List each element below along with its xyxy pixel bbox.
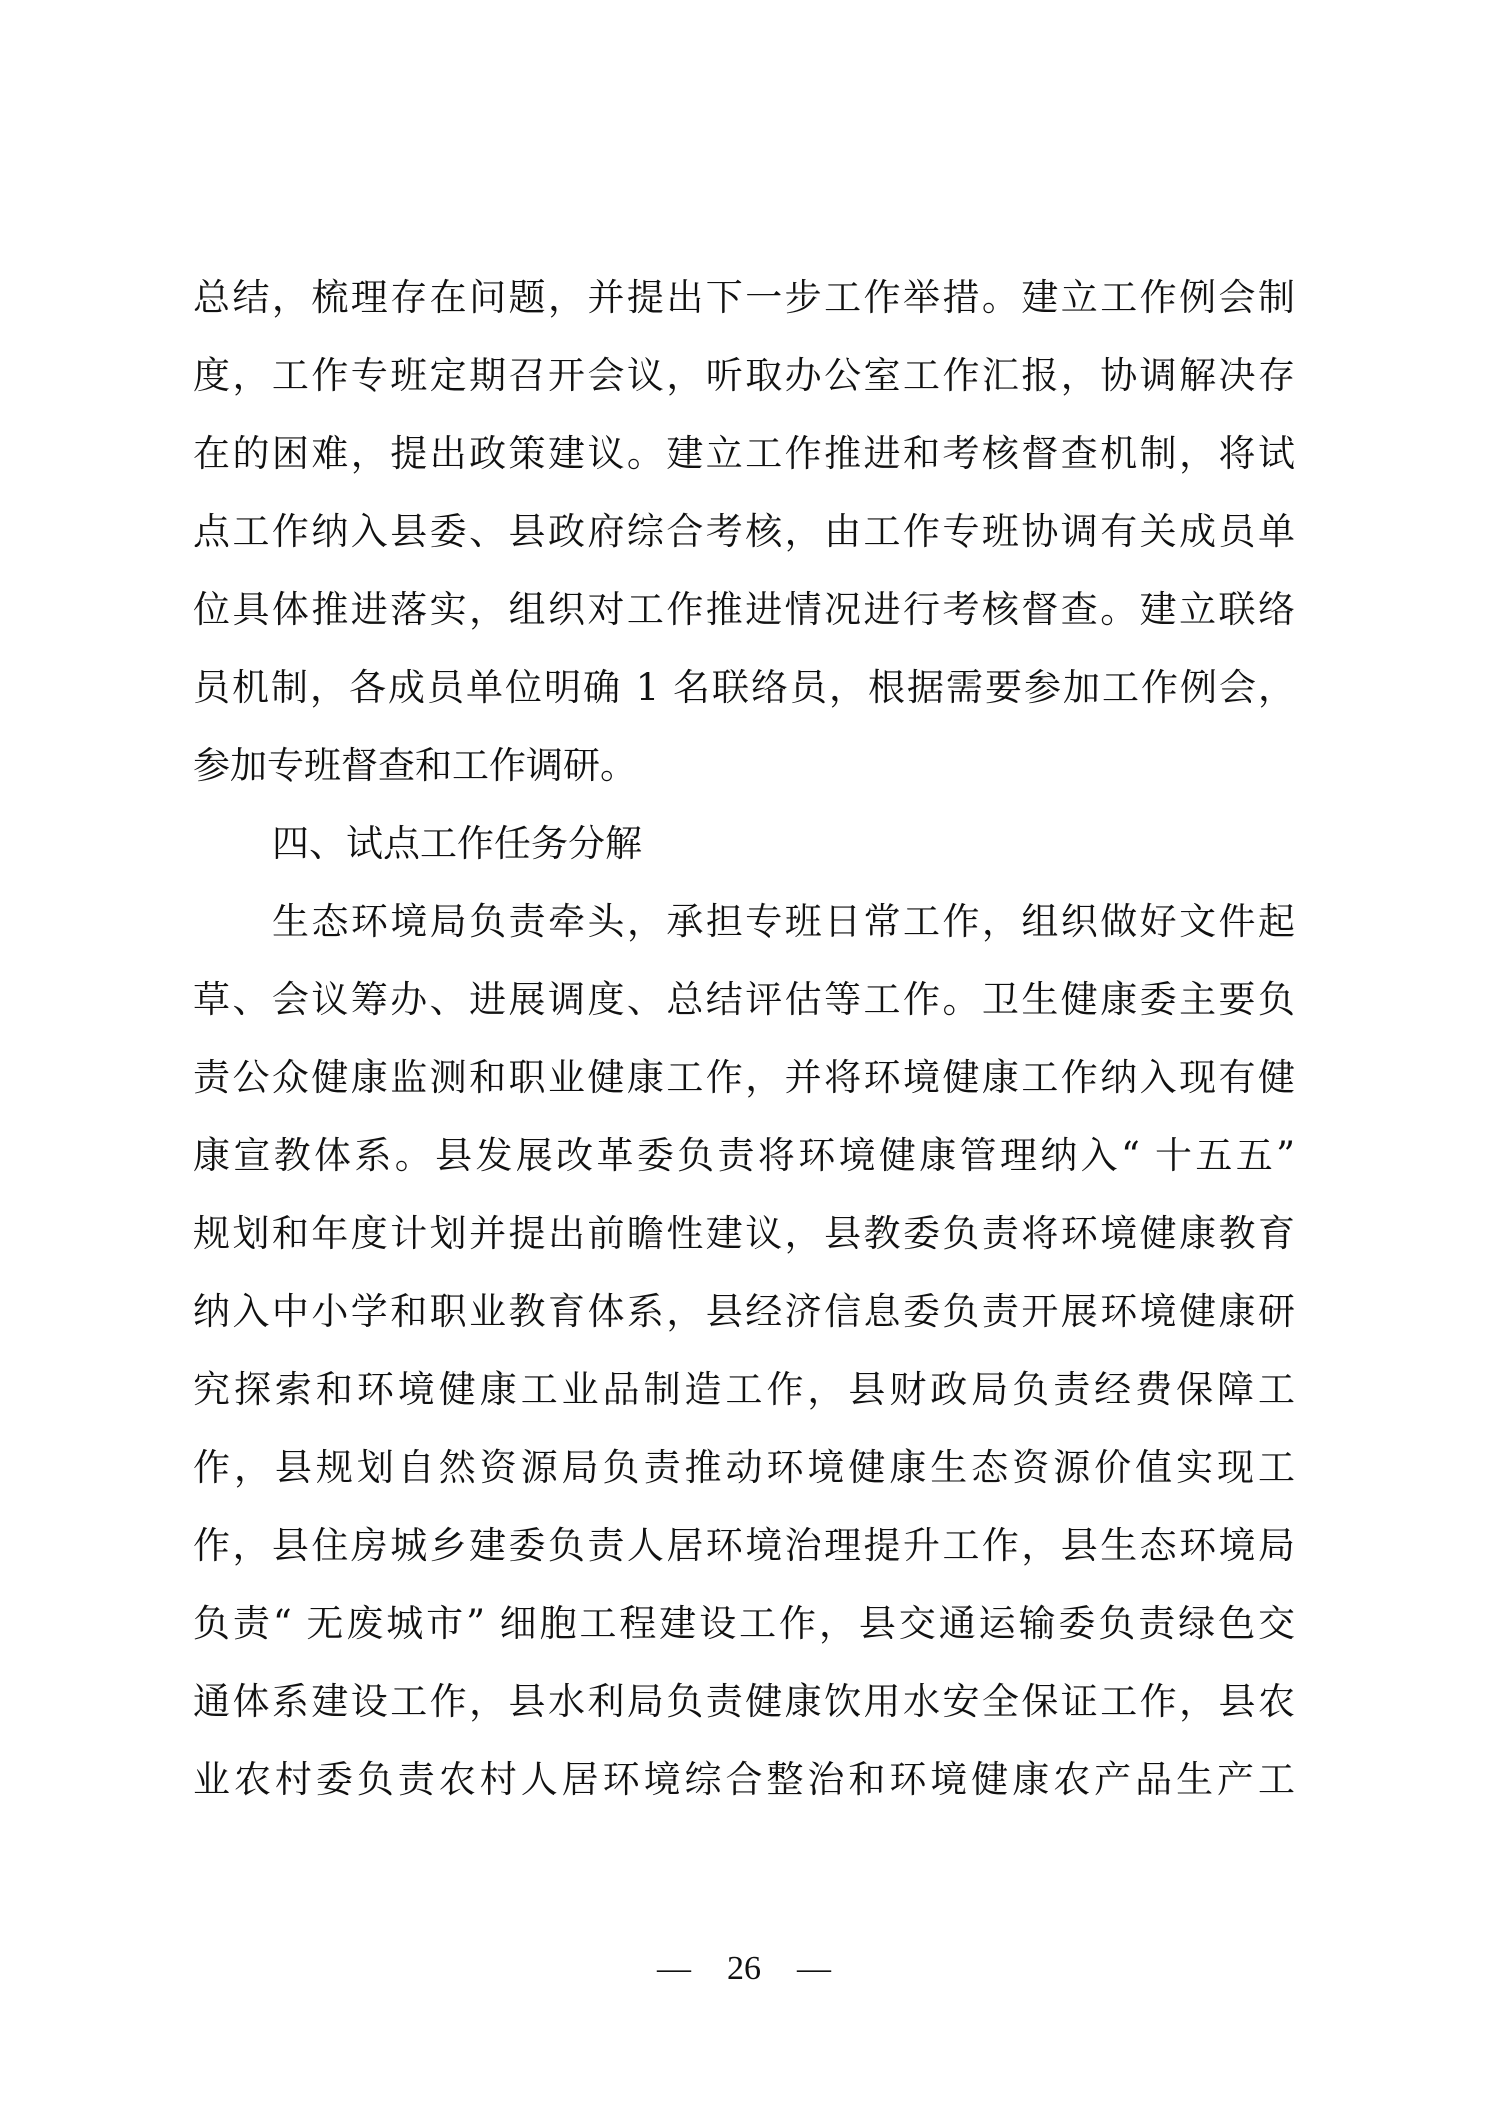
paragraph-line: 参加专班督查和工作调研。	[193, 727, 1295, 805]
paragraph-line: 度，工作专班定期召开会议，听取办公室工作汇报，协调解决存	[193, 337, 1295, 415]
paragraph-line: 作，县住房城乡建委负责人居环境治理提升工作，县生态环境局	[193, 1507, 1295, 1585]
paragraph-line: 责公众健康监测和职业健康工作，并将环境健康工作纳入现有健	[193, 1039, 1295, 1117]
paragraph-line: 点工作纳入县委、县政府综合考核，由工作专班协调有关成员单	[193, 493, 1295, 571]
page-footer: —26—	[0, 1950, 1488, 1988]
paragraph-line: 业农村委负责农村人居环境综合整治和环境健康农产品生产工	[193, 1741, 1295, 1819]
paragraph-line: 作，县规划自然资源局负责推动环境健康生态资源价值实现工	[193, 1429, 1295, 1507]
paragraph-line: 规划和年度计划并提出前瞻性建议，县教委负责将环境健康教育	[193, 1195, 1295, 1273]
section-heading: 四、试点工作任务分解	[193, 805, 1295, 883]
paragraph-line: 草、会议筹办、进展调度、总结评估等工作。卫生健康委主要负	[193, 961, 1295, 1039]
paragraph-line: 员机制，各成员单位明确 1 名联络员，根据需要参加工作例会，	[193, 649, 1295, 727]
paragraph-line: 总结，梳理存在问题，并提出下一步工作举措。建立工作例会制	[193, 259, 1295, 337]
paragraph-line: 通体系建设工作，县水利局负责健康饮用水安全保证工作，县农	[193, 1663, 1295, 1741]
paragraph-line: 位具体推进落实，组织对工作推进情况进行考核督查。建立联络	[193, 571, 1295, 649]
footer-dash-right: —	[797, 1950, 831, 1988]
footer-dash-left: —	[657, 1950, 691, 1988]
body-text: 总结，梳理存在问题，并提出下一步工作举措。建立工作例会制 度，工作专班定期召开会…	[193, 259, 1295, 1819]
paragraph-line: 生态环境局负责牵头，承担专班日常工作，组织做好文件起	[193, 883, 1295, 961]
paragraph-line: 究探索和环境健康工业品制造工作，县财政局负责经费保障工	[193, 1351, 1295, 1429]
paragraph-line: 纳入中小学和职业教育体系，县经济信息委负责开展环境健康研	[193, 1273, 1295, 1351]
document-page: 总结，梳理存在问题，并提出下一步工作举措。建立工作例会制 度，工作专班定期召开会…	[0, 0, 1488, 2105]
page-number: 26	[727, 1950, 761, 1988]
paragraph-line: 康宣教体系。县发展改革委负责将环境健康管理纳入“ 十五五”	[193, 1117, 1295, 1195]
paragraph-line: 在的困难，提出政策建议。建立工作推进和考核督查机制，将试	[193, 415, 1295, 493]
paragraph-line: 负责“ 无废城市” 细胞工程建设工作，县交通运输委负责绿色交	[193, 1585, 1295, 1663]
